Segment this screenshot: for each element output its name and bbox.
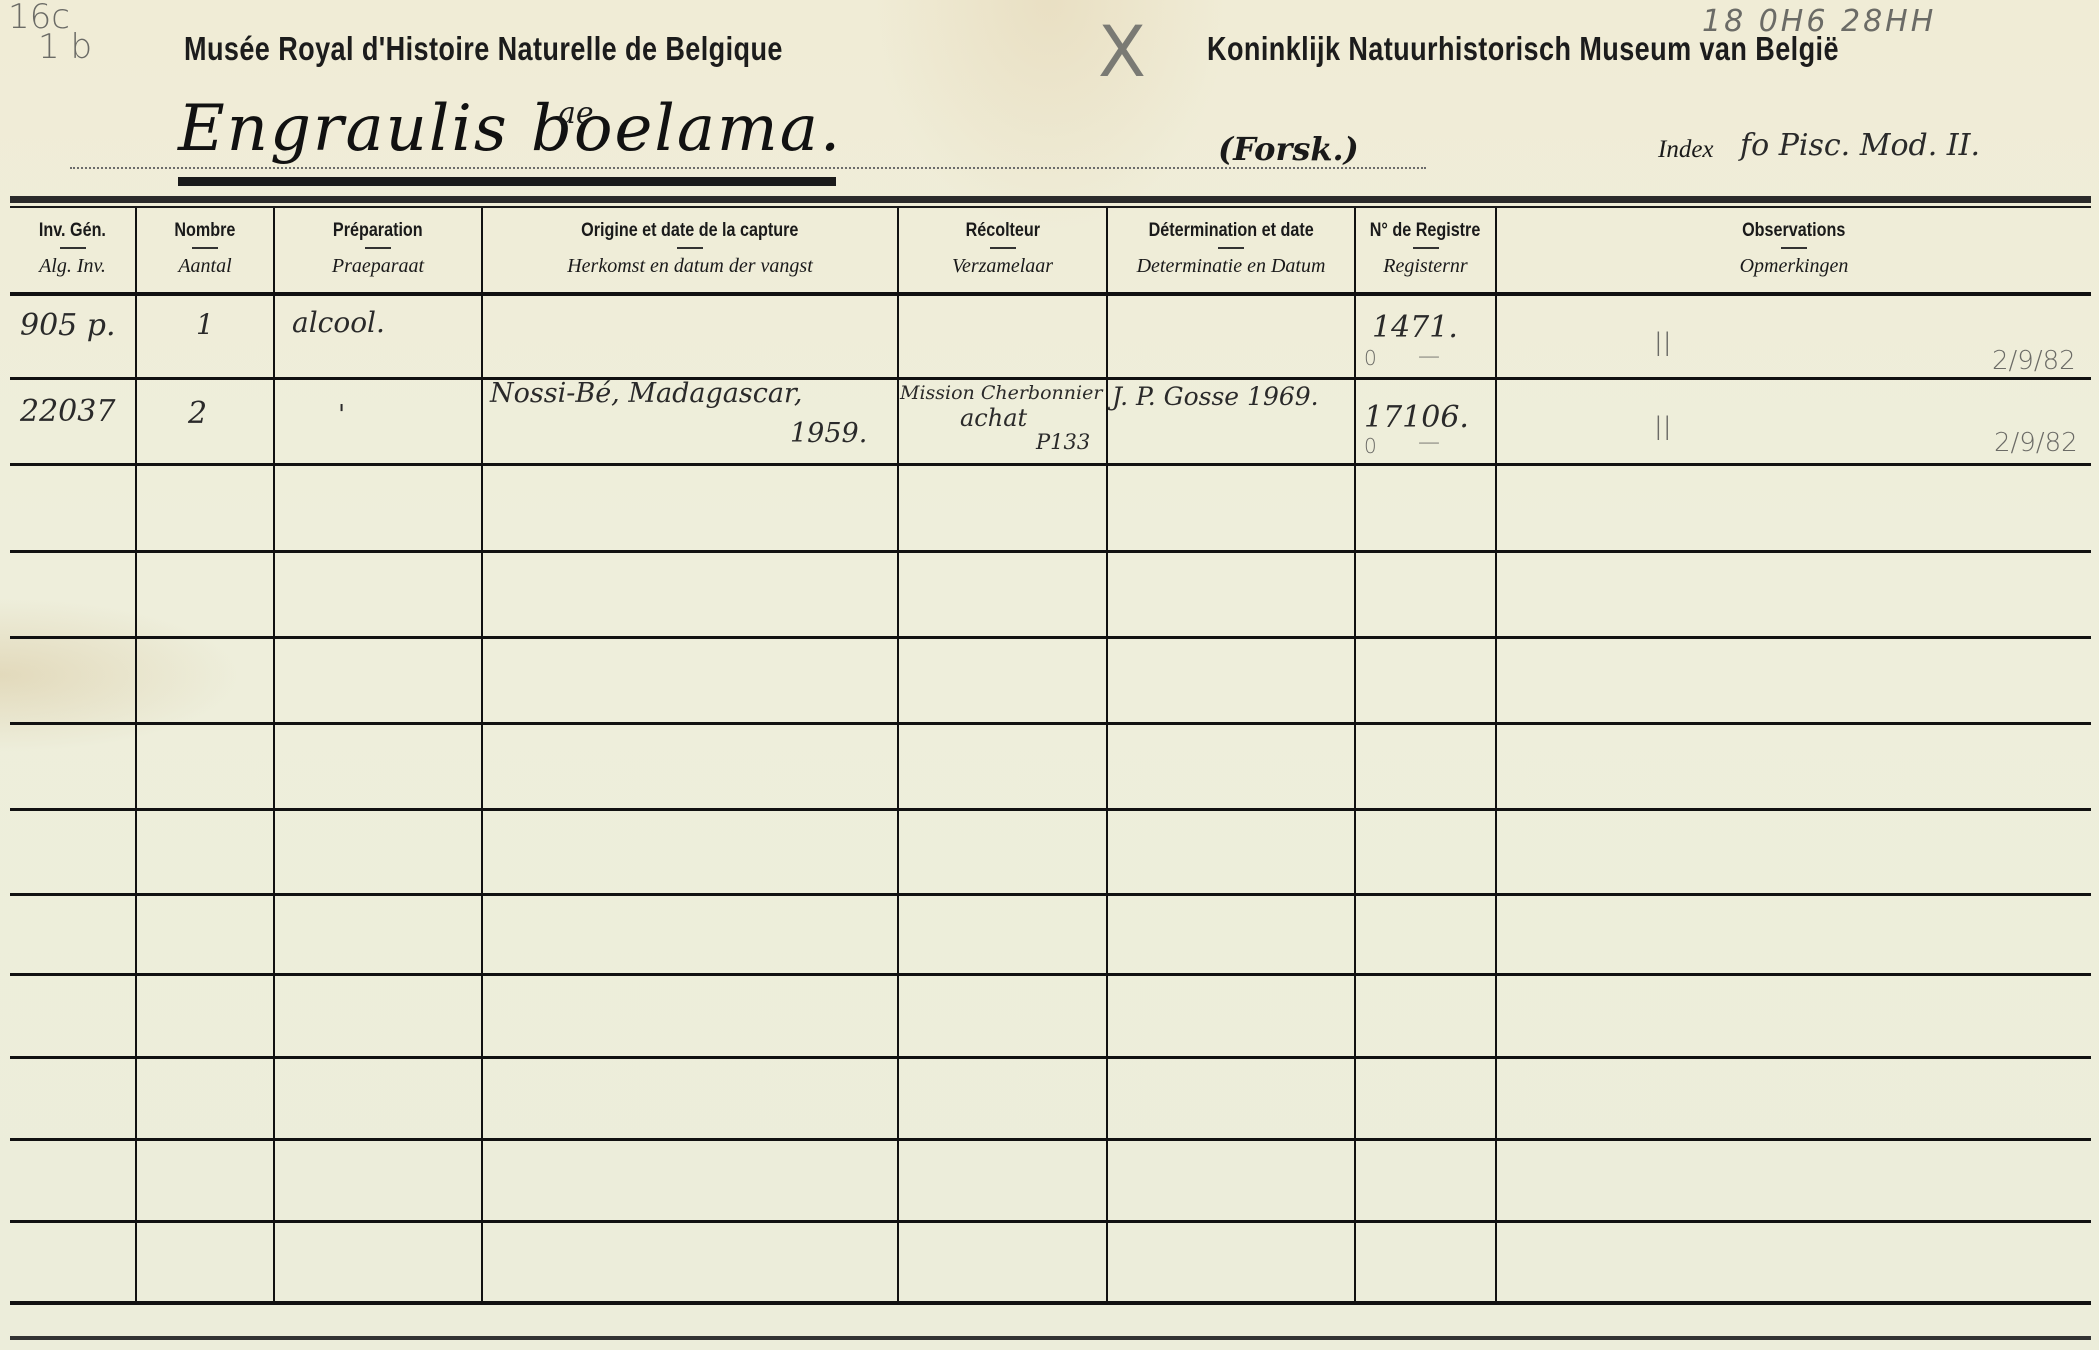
column-header-preparation: Préparation Praeparaat <box>275 208 481 290</box>
x-mark-icon: X <box>1098 22 1146 82</box>
row-divider <box>10 1056 2091 1059</box>
column-header-recolteur: Récolteur Verzamelaar <box>899 208 1106 290</box>
row-divider <box>10 377 2091 380</box>
cell-preparation: alcool. <box>292 306 385 339</box>
header-dash <box>365 247 391 249</box>
species-correction: ae <box>558 96 594 131</box>
index-value: fo Pisc. Mod. II. <box>1740 128 1980 163</box>
header-nl: Opmerkingen <box>1740 255 1849 278</box>
cell-observation-mark: ll <box>1654 410 1672 448</box>
row-divider <box>10 973 2091 976</box>
cell-observation-date: 2/9/82 <box>1994 428 2078 458</box>
column-header-observations: Observations Opmerkingen <box>1497 208 2091 290</box>
cell-observation-date: 2/9/82 <box>1992 346 2076 376</box>
header-nl: Aantal <box>178 255 231 278</box>
cell-determination: J. P. Gosse 1969. <box>1112 382 1319 411</box>
header-fr: Inv. Gén. <box>39 220 106 242</box>
header-dash <box>677 247 703 249</box>
table-bottom-rule <box>10 1301 2091 1305</box>
species-name: Engraulis boelama. <box>178 92 842 166</box>
cell-registre: 1471. <box>1372 310 1458 345</box>
card-bottom-edge <box>10 1336 2091 1340</box>
column-header-registre: N° de Registre Registernr <box>1356 208 1495 290</box>
cell-nombre: 1 <box>196 308 214 341</box>
row-divider <box>10 550 2091 553</box>
column-header-inv: Inv. Gén. Alg. Inv. <box>10 208 135 290</box>
header-dash <box>60 247 86 249</box>
row-divider <box>10 1138 2091 1141</box>
cell-origine-line1: Nossi-Bé, Madagascar, <box>490 378 802 409</box>
cell-observation-mark: ll <box>1654 326 1672 364</box>
row-divider <box>10 893 2091 896</box>
cell-nombre: 2 <box>188 396 207 431</box>
column-header-nombre: Nombre Aantal <box>137 208 273 290</box>
institution-title-nl: Koninklijk Natuurhistorisch Museum van B… <box>1207 30 1839 68</box>
corner-annotation: 16c 1 b <box>8 2 92 62</box>
header-dash <box>1413 247 1439 249</box>
table-top-rule-thick <box>10 196 2091 203</box>
column-header-origine: Origine et date de la capture Herkomst e… <box>483 208 897 290</box>
header-fr: Nombre <box>174 220 235 242</box>
registre-dash: — <box>1418 430 1440 455</box>
corner-annotation-line2: 1 b <box>38 32 92 62</box>
header-nl: Praeparaat <box>332 255 424 278</box>
registre-dash: — <box>1418 344 1440 369</box>
header-dash <box>1218 247 1244 249</box>
header-dash <box>192 247 218 249</box>
header-dash <box>1781 247 1807 249</box>
header-bottom-rule <box>10 292 2091 296</box>
cell-origine-line2: 1959. <box>790 418 867 449</box>
row-divider <box>10 1220 2091 1223</box>
header-nl: Herkomst en datum der vangst <box>567 255 813 278</box>
header-nl: Determinatie en Datum <box>1137 255 1326 278</box>
header-fr: Préparation <box>333 220 423 242</box>
header-fr: Observations <box>1742 220 1845 242</box>
header-dash <box>990 247 1016 249</box>
institution-title-fr: Musée Royal d'Histoire Naturelle de Belg… <box>184 30 783 68</box>
header-fr: Récolteur <box>965 220 1039 242</box>
header-fr: Origine et date de la capture <box>581 220 798 242</box>
cell-inv: 905 p. <box>20 308 116 343</box>
cell-registre-mark: 0 <box>1364 346 1377 370</box>
cell-registre-mark: 0 <box>1364 434 1377 458</box>
cell-inv: 22037 <box>20 394 115 429</box>
index-label: Index <box>1658 136 1714 164</box>
row-divider <box>10 808 2091 811</box>
header-fr: Détermination et date <box>1148 220 1313 242</box>
cell-recolteur-line3: P133 <box>1036 430 1090 454</box>
cell-registre: 17106. <box>1364 400 1469 435</box>
species-underline <box>178 177 836 186</box>
header-nl: Verzamelaar <box>952 255 1053 278</box>
species-author: (Forsk.) <box>1218 130 1359 168</box>
row-divider <box>10 722 2091 725</box>
cell-recolteur-line2: achat <box>960 404 1027 432</box>
header-nl: Registernr <box>1383 255 1467 278</box>
header-fr: N° de Registre <box>1370 220 1481 242</box>
register-table <box>10 208 2091 1305</box>
column-header-determination: Détermination et date Determinatie en Da… <box>1108 208 1354 290</box>
cell-recolteur-line1: Mission Cherbonnier <box>900 382 1102 404</box>
row-divider <box>10 636 2091 639</box>
header-nl: Alg. Inv. <box>39 255 106 278</box>
row-divider <box>10 463 2091 466</box>
cell-preparation: ' <box>338 400 345 430</box>
